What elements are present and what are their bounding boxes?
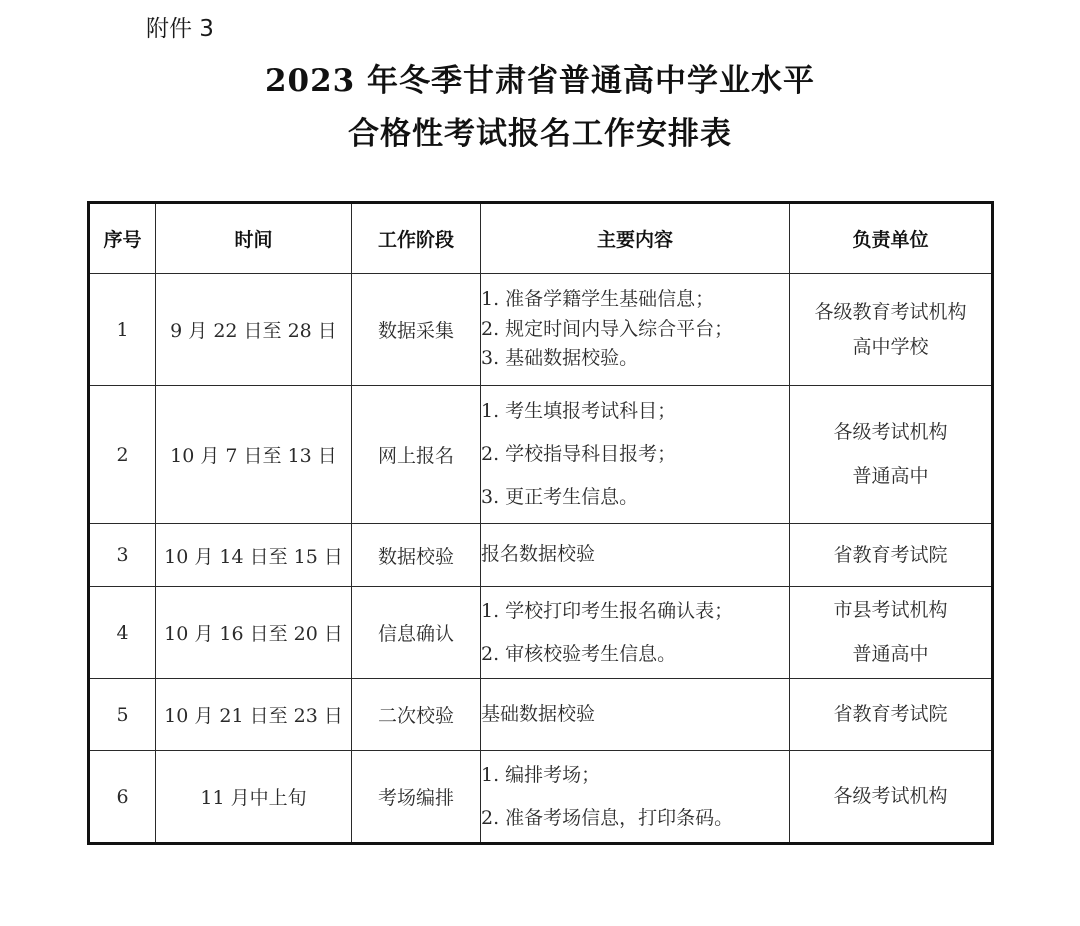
cell-no: 4: [89, 587, 156, 679]
cell-content: 1. 编排考场； 2. 准备考场信息，打印条码。: [481, 751, 790, 844]
cell-content: 1. 准备学籍学生基础信息； 2. 规定时间内导入综合平台； 3. 基础数据校验…: [481, 274, 790, 386]
cell-stage: 考场编排: [352, 751, 481, 844]
cell-time: 9 月 22 日至 28 日: [156, 274, 352, 386]
content-line: 1. 考生填报考试科目；: [481, 390, 789, 433]
unit-line: 普通高中: [790, 633, 991, 677]
table-row: 1 9 月 22 日至 28 日 数据采集 1. 准备学籍学生基础信息； 2. …: [89, 274, 993, 386]
content-line: 1. 学校打印考生报名确认表；: [481, 590, 789, 633]
cell-time: 10 月 7 日至 13 日: [156, 386, 352, 524]
table-header-row: 序号 时间 工作阶段 主要内容 负责单位: [89, 203, 993, 274]
cell-content: 1. 学校打印考生报名确认表； 2. 审核校验考生信息。: [481, 587, 790, 679]
cell-stage: 二次校验: [352, 679, 481, 751]
content-line: 2. 准备考场信息，打印条码。: [481, 797, 789, 840]
cell-no: 2: [89, 386, 156, 524]
cell-stage: 网上报名: [352, 386, 481, 524]
table-row: 3 10 月 14 日至 15 日 数据校验 报名数据校验 省教育考试院: [89, 524, 993, 587]
cell-no: 1: [89, 274, 156, 386]
unit-line: 各级教育考试机构: [790, 295, 991, 329]
content-line: 基础数据校验: [481, 700, 789, 729]
cell-unit: 省教育考试院: [790, 524, 993, 587]
attachment-label: 附件 3: [146, 10, 214, 43]
table-row: 4 10 月 16 日至 20 日 信息确认 1. 学校打印考生报名确认表； 2…: [89, 587, 993, 679]
cell-unit: 各级教育考试机构 高中学校: [790, 274, 993, 386]
unit-line: 省教育考试院: [790, 538, 991, 572]
cell-unit: 市县考试机构 普通高中: [790, 587, 993, 679]
cell-unit: 各级考试机构: [790, 751, 993, 844]
table-row: 2 10 月 7 日至 13 日 网上报名 1. 考生填报考试科目； 2. 学校…: [89, 386, 993, 524]
unit-line: 市县考试机构: [790, 589, 991, 633]
header-time: 时间: [156, 203, 352, 274]
document-title-line-2: 合格性考试报名工作安排表: [0, 108, 1080, 153]
unit-line: 高中学校: [790, 330, 991, 364]
cell-time: 10 月 14 日至 15 日: [156, 524, 352, 587]
content-line: 1. 准备学籍学生基础信息；: [481, 285, 789, 314]
table-row: 6 11 月中上旬 考场编排 1. 编排考场； 2. 准备考场信息，打印条码。 …: [89, 751, 993, 844]
cell-no: 3: [89, 524, 156, 587]
cell-stage: 数据校验: [352, 524, 481, 587]
content-line: 报名数据校验: [481, 540, 789, 569]
header-content: 主要内容: [481, 203, 790, 274]
content-line: 3. 更正考生信息。: [481, 476, 789, 519]
document-title-line-1: 2023 年冬季甘肃省普通高中学业水平: [0, 55, 1080, 100]
unit-line: 各级考试机构: [790, 411, 991, 455]
unit-line: 普通高中: [790, 455, 991, 499]
schedule-table: 序号 时间 工作阶段 主要内容 负责单位 1 9 月 22 日至 28 日 数据…: [87, 201, 994, 845]
cell-time: 10 月 16 日至 20 日: [156, 587, 352, 679]
cell-time: 10 月 21 日至 23 日: [156, 679, 352, 751]
content-line: 2. 审核校验考生信息。: [481, 633, 789, 676]
unit-line: 省教育考试院: [790, 697, 991, 731]
content-line: 2. 学校指导科目报考；: [481, 433, 789, 476]
unit-line: 各级考试机构: [790, 779, 991, 813]
content-line: 1. 编排考场；: [481, 754, 789, 797]
cell-stage: 数据采集: [352, 274, 481, 386]
cell-unit: 省教育考试院: [790, 679, 993, 751]
cell-unit: 各级考试机构 普通高中: [790, 386, 993, 524]
cell-no: 5: [89, 679, 156, 751]
cell-stage: 信息确认: [352, 587, 481, 679]
header-unit: 负责单位: [790, 203, 993, 274]
content-line: 2. 规定时间内导入综合平台；: [481, 315, 789, 344]
table-row: 5 10 月 21 日至 23 日 二次校验 基础数据校验 省教育考试院: [89, 679, 993, 751]
cell-content: 1. 考生填报考试科目； 2. 学校指导科目报考； 3. 更正考生信息。: [481, 386, 790, 524]
header-stage: 工作阶段: [352, 203, 481, 274]
cell-content: 基础数据校验: [481, 679, 790, 751]
cell-no: 6: [89, 751, 156, 844]
cell-time: 11 月中上旬: [156, 751, 352, 844]
header-no: 序号: [89, 203, 156, 274]
content-line: 3. 基础数据校验。: [481, 344, 789, 373]
cell-content: 报名数据校验: [481, 524, 790, 587]
